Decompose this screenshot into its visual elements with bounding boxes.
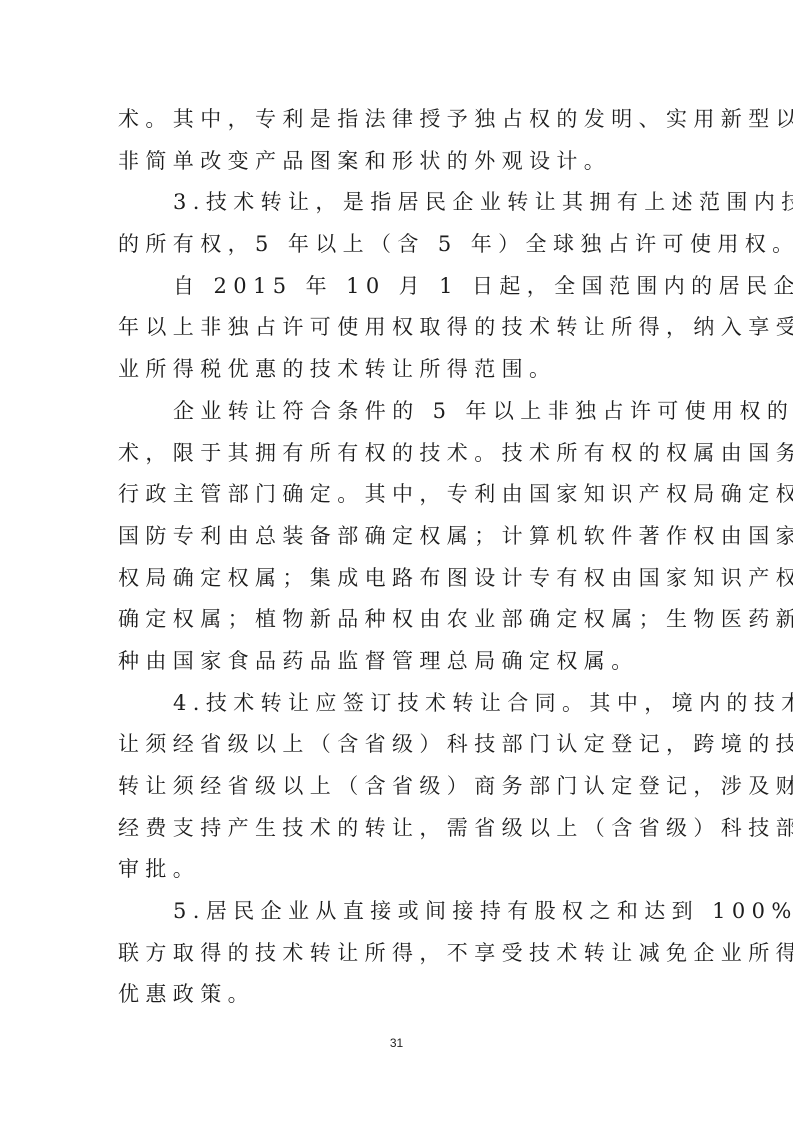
numbered-paragraph-5: 5.居民企业从直接或间接持有股权之和达到 100%的关 <box>118 894 678 936</box>
numbered-paragraph-3: 3.技术转让，是指居民企业转让其拥有上述范围内技术 <box>118 185 678 227</box>
text-line: 的所有权，5 年以上（含 5 年）全球独占许可使用权。 <box>118 227 678 269</box>
paragraph-start: 自 2015 年 10 月 1 日起，全国范围内的居民企业转让 5 <box>118 269 678 311</box>
numbered-paragraph-4: 4.技术转让应签订技术转让合同。其中，境内的技术转 <box>118 686 678 728</box>
document-page: 术。其中，专利是指法律授予独占权的发明、实用新型以及 非简单改变产品图案和形状的… <box>0 0 793 1122</box>
text-line: 术。其中，专利是指法律授予独占权的发明、实用新型以及 <box>118 102 678 144</box>
text-line: 确定权属；植物新品种权由农业部确定权属；生物医药新品 <box>118 602 678 644</box>
text-line: 经费支持产生技术的转让，需省级以上（含省级）科技部门 <box>118 811 678 853</box>
text-line: 非简单改变产品图案和形状的外观设计。 <box>118 144 678 186</box>
body-text: 术。其中，专利是指法律授予独占权的发明、实用新型以及 非简单改变产品图案和形状的… <box>118 102 678 1019</box>
text-line: 国防专利由总装备部确定权属；计算机软件著作权由国家版 <box>118 519 678 561</box>
text-line: 转让须经省级以上（含省级）商务部门认定登记，涉及财政 <box>118 769 678 811</box>
text-line: 业所得税优惠的技术转让所得范围。 <box>118 352 678 394</box>
text-line: 审批。 <box>118 852 678 894</box>
text-line: 让须经省级以上（含省级）科技部门认定登记，跨境的技术 <box>118 727 678 769</box>
text-line: 术，限于其拥有所有权的技术。技术所有权的权属由国务院 <box>118 436 678 478</box>
text-line: 优惠政策。 <box>118 977 678 1019</box>
page-number: 31 <box>0 1036 793 1050</box>
text-line: 联方取得的技术转让所得，不享受技术转让减免企业所得税 <box>118 936 678 978</box>
text-line: 权局确定权属；集成电路布图设计专有权由国家知识产权局 <box>118 561 678 603</box>
text-line: 年以上非独占许可使用权取得的技术转让所得，纳入享受企 <box>118 310 678 352</box>
text-line: 种由国家食品药品监督管理总局确定权属。 <box>118 644 678 686</box>
paragraph-start: 企业转让符合条件的 5 年以上非独占许可使用权的技 <box>118 394 678 436</box>
text-line: 行政主管部门确定。其中，专利由国家知识产权局确定权属； <box>118 477 678 519</box>
